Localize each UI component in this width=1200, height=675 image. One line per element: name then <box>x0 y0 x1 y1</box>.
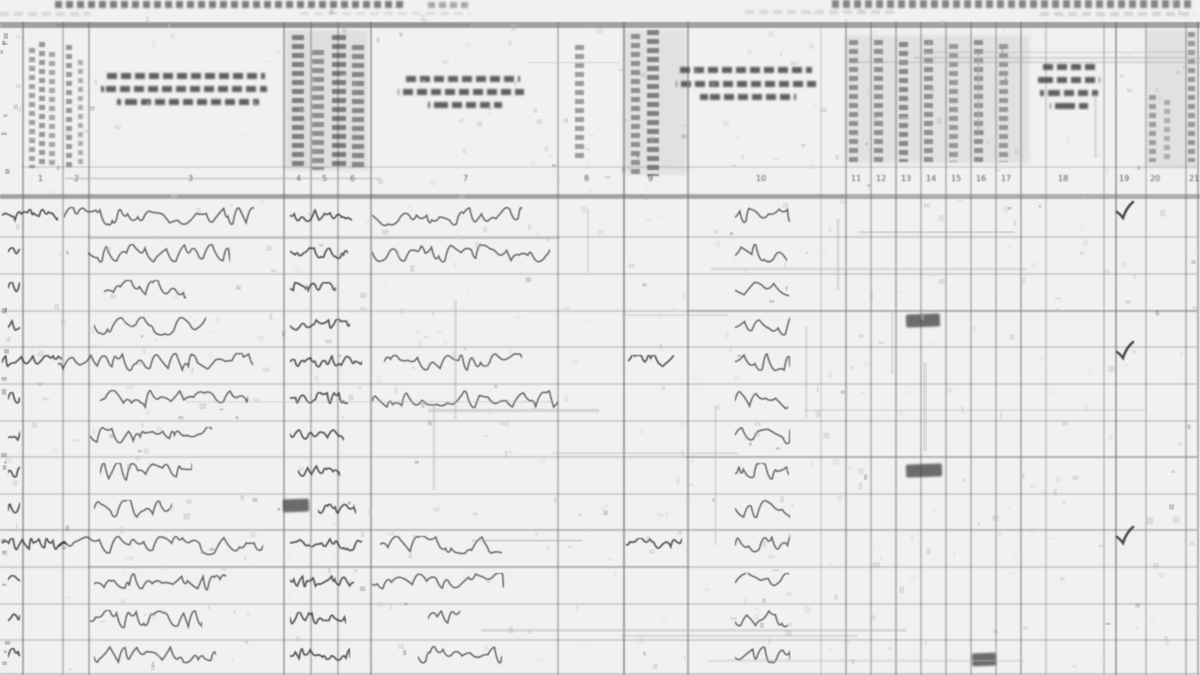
noise-speck <box>1099 545 1104 547</box>
noise-speck <box>596 28 603 33</box>
grid-vline <box>1045 22 1047 675</box>
noise-speck <box>870 292 872 299</box>
noise-speck <box>282 331 286 336</box>
grid-hline <box>0 195 845 198</box>
noise-speck <box>1080 251 1085 255</box>
noise-speck <box>537 119 543 124</box>
noise-speck <box>1193 306 1199 312</box>
noise-speck <box>1101 661 1105 666</box>
noise-speck <box>1072 475 1078 480</box>
noise-speck <box>714 241 718 248</box>
handwritten-number <box>290 648 350 664</box>
noise-speck <box>820 108 827 113</box>
noise-speck <box>754 422 761 426</box>
noise-speck <box>1121 261 1127 268</box>
noise-speck <box>494 385 498 388</box>
noise-speck <box>319 244 323 247</box>
noise-speck <box>1003 29 1006 31</box>
grid-vline <box>1145 22 1147 675</box>
noise-speck <box>1015 149 1019 154</box>
noise-speck <box>312 79 315 84</box>
noise-speck <box>403 650 407 655</box>
noise-speck <box>177 290 183 293</box>
noise-speck <box>805 326 808 418</box>
noise-speck <box>902 508 907 511</box>
noise-speck <box>367 652 370 658</box>
noise-speck <box>755 614 759 619</box>
noise-speck <box>200 552 204 554</box>
noise-speck <box>653 664 658 669</box>
noise-speck <box>903 482 906 485</box>
noise-speck <box>1062 422 1068 426</box>
noise-speck <box>144 614 146 617</box>
noise-speck <box>754 432 760 437</box>
noise-speck <box>433 508 440 512</box>
grid-vline <box>370 22 372 675</box>
noise-speck <box>536 231 539 234</box>
noise-speck <box>278 508 281 511</box>
column-number: 10 <box>756 175 766 183</box>
noise-speck <box>1073 665 1077 668</box>
noise-speck <box>1030 485 1035 488</box>
grid-vline <box>970 22 972 675</box>
noise-speck <box>568 546 573 549</box>
noise-speck <box>980 131 984 135</box>
noise-speck <box>873 562 880 568</box>
noise-speck <box>253 399 258 402</box>
noise-speck <box>922 51 1200 53</box>
noise-speck <box>409 554 413 559</box>
noise-speck <box>276 50 282 53</box>
noise-speck <box>90 327 95 334</box>
grid-vline <box>557 22 559 675</box>
noise-speck <box>884 151 890 158</box>
grid-vline <box>1185 22 1187 675</box>
noise-speck <box>1039 357 1043 361</box>
noise-speck <box>814 104 819 108</box>
noise-speck <box>836 155 839 160</box>
noise-speck <box>1009 335 1014 340</box>
noise-speck <box>30 349 32 356</box>
noise-speck <box>809 44 814 49</box>
noise-speck <box>507 420 509 426</box>
noise-speck <box>585 320 592 322</box>
grid-vline <box>870 22 872 675</box>
noise-speck <box>333 555 337 560</box>
handwriting-entry <box>104 280 186 302</box>
noise-speck <box>367 509 372 516</box>
noise-speck <box>152 662 155 667</box>
vertical-heading-text <box>39 42 45 168</box>
handwriting-entry <box>380 536 502 558</box>
noise-speck <box>42 398 49 401</box>
noise-speck <box>858 231 1015 233</box>
scan-noise-layer <box>0 0 1200 675</box>
handwritten-number <box>8 465 20 481</box>
handwritten-number <box>8 612 20 628</box>
noise-speck <box>931 341 935 344</box>
noise-speck <box>1009 572 1015 575</box>
noise-speck <box>294 267 301 273</box>
noise-speck <box>928 42 930 44</box>
noise-speck <box>864 474 867 479</box>
noise-speck <box>1003 206 1008 212</box>
noise-speck <box>99 620 105 623</box>
noise-speck <box>730 232 734 235</box>
noise-speck <box>333 523 339 525</box>
noise-speck <box>420 15 425 21</box>
noise-speck <box>590 23 593 25</box>
noise-speck <box>994 294 997 301</box>
noise-speck <box>114 125 121 130</box>
noise-speck <box>680 421 686 428</box>
occupation-column-heading <box>406 76 520 82</box>
noise-speck <box>247 612 250 616</box>
noise-speck <box>1022 473 1025 478</box>
noise-speck <box>1020 278 1025 284</box>
noise-speck <box>456 232 460 238</box>
column-number: 14 <box>926 175 936 183</box>
name-column-heading <box>107 73 265 79</box>
handwriting-entry <box>735 280 789 302</box>
noise-speck <box>1160 210 1166 217</box>
handwritten-number <box>8 319 20 335</box>
handwriting-entry <box>735 427 790 449</box>
noise-speck <box>459 194 465 200</box>
noise-speck <box>660 344 662 350</box>
noise-speck <box>714 230 719 234</box>
noise-speck <box>390 604 393 610</box>
noise-speck <box>37 351 43 357</box>
noise-speck <box>553 452 738 454</box>
noise-speck <box>859 483 862 490</box>
noise-speck <box>760 623 764 628</box>
noise-speck <box>564 118 569 123</box>
noise-speck <box>382 229 389 234</box>
noise-speck <box>208 331 215 333</box>
noise-speck <box>508 41 511 46</box>
noise-speck <box>1038 205 1041 208</box>
noise-speck <box>784 262 787 268</box>
noise-speck <box>341 74 346 79</box>
grid-hline <box>0 456 1197 458</box>
noise-speck <box>729 346 733 353</box>
noise-speck <box>69 668 73 670</box>
noise-speck <box>957 200 964 203</box>
noise-speck <box>1147 518 1154 525</box>
noise-speck <box>1031 263 1036 268</box>
noise-speck <box>859 9 863 15</box>
noise-speck <box>851 659 854 664</box>
noise-speck <box>841 390 845 394</box>
noise-speck <box>619 69 624 72</box>
noise-speck <box>622 168 626 172</box>
noise-speck <box>472 540 583 542</box>
handwriting-entry <box>94 646 216 668</box>
noise-speck <box>676 477 679 484</box>
noise-speck <box>1120 75 1124 78</box>
noise-speck <box>879 341 884 344</box>
noise-speck <box>65 596 71 599</box>
noise-speck <box>315 376 319 382</box>
noise-speck <box>424 336 428 339</box>
noise-speck <box>365 220 372 223</box>
handwritten-number <box>8 575 20 591</box>
noise-speck <box>684 656 687 661</box>
vertical-heading-text <box>49 52 55 168</box>
noise-speck <box>880 555 883 561</box>
noise-speck <box>170 505 175 512</box>
noise-speck <box>245 641 249 644</box>
handwritten-number <box>8 246 20 262</box>
noise-speck <box>325 339 332 343</box>
noise-speck <box>526 277 532 282</box>
noise-speck <box>8 336 10 340</box>
noise-speck <box>910 577 917 581</box>
noise-speck <box>475 242 481 248</box>
handwriting-entry <box>94 317 206 339</box>
noise-speck <box>233 610 236 613</box>
noise-speck <box>1165 636 1168 641</box>
noise-speck <box>828 371 832 378</box>
noise-speck <box>773 574 776 579</box>
noise-speck <box>105 247 111 252</box>
birthplace-column-heading <box>700 94 796 100</box>
noise-speck <box>65 132 71 136</box>
grid-vline <box>623 22 625 675</box>
handwriting-entry <box>418 646 502 668</box>
handwriting-entry <box>384 353 522 375</box>
noise-speck <box>737 355 742 357</box>
noise-speck <box>1055 308 1059 312</box>
noise-speck <box>828 562 831 567</box>
ink-blob <box>972 653 996 667</box>
noise-speck <box>296 636 300 641</box>
noise-speck <box>860 392 865 394</box>
noise-speck <box>415 461 419 464</box>
noise-speck <box>2 389 7 395</box>
noise-speck <box>961 407 963 411</box>
noise-speck <box>171 191 178 198</box>
vertical-heading-text <box>66 45 72 168</box>
noise-speck <box>873 31 878 33</box>
noise-speck <box>708 659 1024 662</box>
noise-speck <box>267 85 270 89</box>
noise-speck <box>1008 207 1012 210</box>
noise-speck <box>14 105 18 110</box>
farm-schedule-heading <box>1040 90 1098 96</box>
noise-speck <box>556 480 558 487</box>
noise-speck <box>790 61 796 65</box>
noise-speck <box>432 311 435 316</box>
noise-speck <box>730 617 736 620</box>
noise-speck <box>5 169 10 174</box>
noise-speck <box>717 239 720 246</box>
noise-speck <box>572 359 578 363</box>
noise-speck <box>397 251 400 258</box>
noise-speck <box>844 19 848 21</box>
ink-blob <box>906 313 940 327</box>
noise-speck <box>874 117 877 122</box>
noise-speck <box>768 638 771 644</box>
vertical-heading-text <box>332 35 346 170</box>
birthplace-column-heading <box>680 67 812 73</box>
noise-speck <box>1045 137 1049 142</box>
top-printed-text-strip <box>1040 12 1195 16</box>
noise-speck <box>433 404 436 490</box>
noise-speck <box>528 224 531 230</box>
grid-hline <box>0 194 1200 199</box>
noise-speck <box>1153 563 1159 569</box>
noise-speck <box>186 401 553 403</box>
noise-speck <box>1094 94 1097 158</box>
noise-speck <box>867 89 872 96</box>
noise-speck <box>4 33 9 39</box>
noise-speck <box>5 641 11 645</box>
noise-speck <box>341 415 344 418</box>
noise-speck <box>161 566 163 571</box>
noise-speck <box>303 120 306 126</box>
noise-speck <box>845 638 850 644</box>
noise-speck <box>3 43 8 45</box>
noise-speck <box>912 52 918 58</box>
noise-speck <box>666 512 668 518</box>
noise-speck <box>668 159 674 162</box>
noise-speck <box>870 549 876 552</box>
noise-speck <box>92 345 98 348</box>
noise-speck <box>360 293 367 299</box>
handwritten-number <box>298 465 340 481</box>
noise-speck <box>836 219 839 291</box>
noise-speck <box>2 551 6 555</box>
noise-speck <box>125 557 132 560</box>
noise-speck <box>587 209 589 273</box>
grid-hline <box>685 456 1197 458</box>
noise-speck <box>731 259 738 262</box>
noise-speck <box>94 80 98 85</box>
noise-speck <box>1007 506 1011 510</box>
noise-speck <box>83 129 89 133</box>
noise-speck <box>1126 54 1132 59</box>
noise-speck <box>4 651 7 653</box>
vertical-heading-text <box>999 44 1008 162</box>
column-number: 4 <box>296 175 301 183</box>
vertical-heading-text <box>312 50 324 170</box>
vertical-heading-text <box>631 34 640 176</box>
header-cell-shading <box>845 35 1030 163</box>
handwritten-number <box>290 319 350 335</box>
noise-speck <box>785 469 789 472</box>
noise-speck <box>1067 138 1071 144</box>
noise-speck <box>430 180 436 185</box>
noise-speck <box>762 599 766 603</box>
noise-speck <box>339 355 342 358</box>
handwritten-number <box>2 355 62 371</box>
checkmark <box>1116 525 1136 547</box>
noise-speck <box>1088 368 1091 374</box>
noise-speck <box>1001 49 1004 54</box>
handwriting-entry <box>58 353 253 375</box>
vertical-heading-text <box>974 40 983 162</box>
noise-speck <box>122 599 126 603</box>
noise-speck <box>716 405 719 410</box>
noise-speck <box>1062 501 1065 506</box>
noise-speck <box>342 27 347 33</box>
noise-speck <box>1084 333 1088 338</box>
handwriting-entry <box>100 390 248 412</box>
noise-speck <box>705 588 709 591</box>
noise-speck <box>725 333 730 338</box>
handwriting-entry <box>372 573 504 595</box>
noise-speck <box>1170 1 1176 5</box>
handwriting-entry <box>94 500 172 522</box>
noise-speck <box>1176 70 1180 74</box>
handwriting-entry <box>90 427 212 449</box>
noise-speck <box>622 119 628 122</box>
noise-speck <box>661 386 665 391</box>
noise-speck <box>2 584 6 586</box>
noise-speck <box>489 412 491 416</box>
grid-hline <box>88 237 560 239</box>
noise-speck <box>903 390 909 395</box>
vertical-heading-text <box>647 30 659 176</box>
noise-speck <box>236 416 239 419</box>
noise-speck <box>815 411 821 418</box>
noise-speck <box>129 324 132 329</box>
birthplace-column-heading <box>676 81 816 87</box>
noise-speck <box>421 403 424 408</box>
noise-speck <box>454 300 457 419</box>
noise-speck <box>1115 88 1118 94</box>
noise-speck <box>731 164 736 167</box>
noise-speck <box>686 435 688 438</box>
noise-speck <box>899 586 904 593</box>
grid-vline <box>1020 22 1022 675</box>
noise-speck <box>172 192 176 194</box>
noise-speck <box>599 279 605 282</box>
noise-speck <box>208 606 210 610</box>
grid-vline <box>283 22 285 675</box>
noise-speck <box>1137 166 1140 170</box>
noise-speck <box>1043 492 1046 495</box>
noise-speck <box>170 34 175 39</box>
noise-speck <box>1169 504 1174 509</box>
noise-speck <box>467 287 470 294</box>
noise-speck <box>250 531 256 537</box>
noise-speck <box>1023 626 1028 630</box>
noise-speck <box>66 251 69 254</box>
noise-speck <box>586 148 590 151</box>
column-number: 17 <box>1001 175 1011 183</box>
noise-speck <box>38 382 42 386</box>
noise-speck <box>711 83 715 87</box>
noise-speck <box>1115 278 1117 281</box>
noise-speck <box>528 630 532 634</box>
column-number: 12 <box>876 175 886 183</box>
noise-speck <box>257 336 264 339</box>
noise-speck <box>263 367 270 372</box>
noise-speck <box>805 409 1146 411</box>
noise-speck <box>597 229 604 235</box>
noise-speck <box>810 164 814 170</box>
noise-speck <box>714 406 716 545</box>
noise-speck <box>1058 89 1064 92</box>
noise-speck <box>653 45 658 48</box>
noise-speck <box>723 121 729 127</box>
column-number: 9 <box>648 175 653 183</box>
noise-speck <box>576 605 579 611</box>
noise-speck <box>309 542 312 549</box>
